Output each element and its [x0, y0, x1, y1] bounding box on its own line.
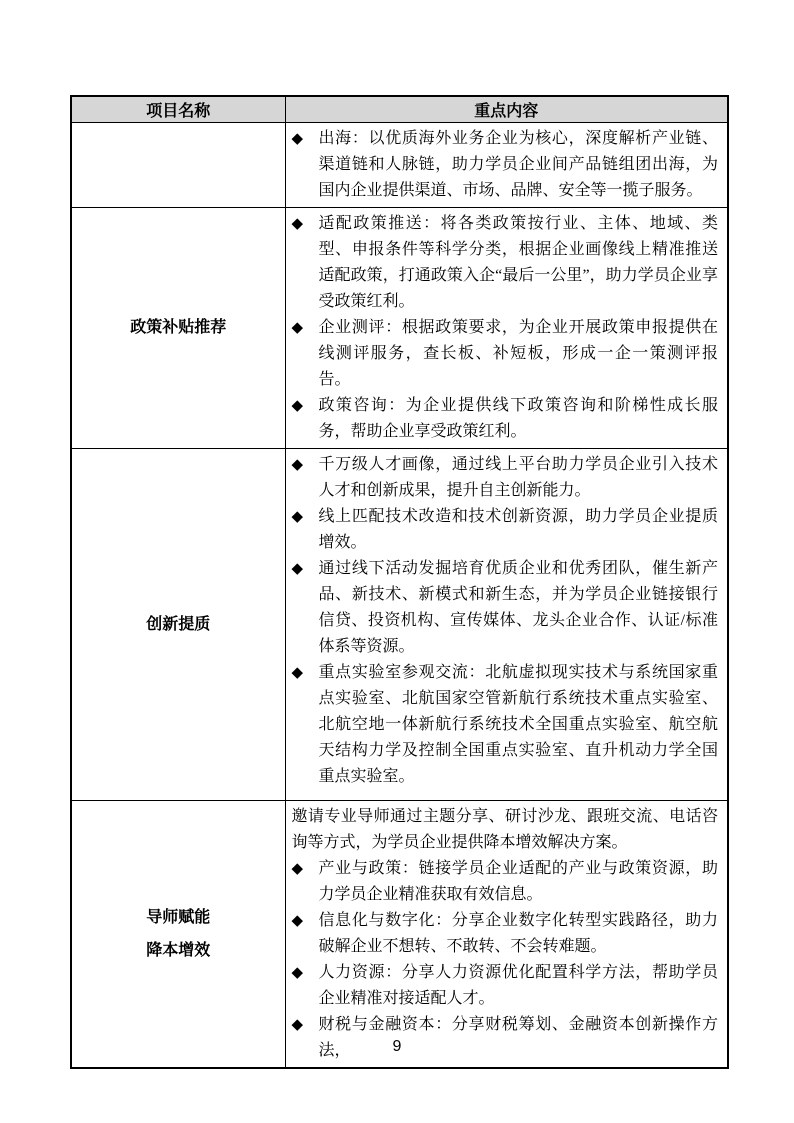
bullet-item: ◆信息化与数字化：分享企业数字化转型实践路径，助力破解企业不想转、不敢转、不会转… — [292, 908, 719, 960]
diamond-bullet-icon: ◆ — [292, 452, 319, 504]
key-content-cell: ◆适配政策推送：将各类政策按行业、主体、地域、类型、申报条件等科学分类，根据企业… — [285, 207, 728, 448]
bullet-item: ◆企业测评：根据政策要求，为企业开展政策申报提供在线测评服务，查长板、补短板，形… — [292, 315, 719, 393]
bullet-item: ◆人力资源：分享人力资源优化配置科学方法，帮助学员企业精准对接适配人才。 — [292, 960, 719, 1012]
project-name-cell — [71, 122, 285, 207]
diamond-bullet-icon: ◆ — [292, 126, 319, 204]
table-row: ◆出海：以优质海外业务企业为核心，深度解析产业链、渠道链和人脉链，助力学员企业间… — [71, 122, 728, 207]
bullet-text: 出海：以优质海外业务企业为核心，深度解析产业链、渠道链和人脉链，助力学员企业间产… — [319, 126, 719, 204]
bullet-item: ◆线上匹配技术改造和技术创新资源，助力学员企业提质增效。 — [292, 504, 719, 556]
project-name-line: 政策补贴推荐 — [76, 311, 281, 344]
table-row: 创新提质◆千万级人才画像，通过线上平台助力学员企业引入技术人才和创新成果，提升自… — [71, 448, 728, 800]
diamond-bullet-icon: ◆ — [292, 504, 319, 556]
table-row: 导师赋能降本增效邀请专业导师通过主题分享、研讨沙龙、跟班交流、电话咨询等方式，为… — [71, 800, 728, 1068]
key-content-cell: ◆出海：以优质海外业务企业为核心，深度解析产业链、渠道链和人脉链，助力学员企业间… — [285, 122, 728, 207]
project-name-cell: 创新提质 — [71, 448, 285, 800]
bullet-item: ◆适配政策推送：将各类政策按行业、主体、地域、类型、申报条件等科学分类，根据企业… — [292, 211, 719, 315]
project-name-line: 降本增效 — [76, 934, 281, 967]
project-name-line: 导师赋能 — [76, 901, 281, 934]
program-table: 项目名称 重点内容 ◆出海：以优质海外业务企业为核心，深度解析产业链、渠道链和人… — [70, 95, 729, 1069]
bullet-text: 产业与政策：链接学员企业适配的产业与政策资源，助力学员企业精准获取有效信息。 — [319, 856, 719, 908]
diamond-bullet-icon: ◆ — [292, 660, 319, 790]
bullet-text: 适配政策推送：将各类政策按行业、主体、地域、类型、申报条件等科学分类，根据企业画… — [319, 211, 719, 315]
diamond-bullet-icon: ◆ — [292, 211, 319, 315]
bullet-text: 人力资源：分享人力资源优化配置科学方法，帮助学员企业精准对接适配人才。 — [319, 960, 719, 1012]
diamond-bullet-icon: ◆ — [292, 856, 319, 908]
key-content-cell: 邀请专业导师通过主题分享、研讨沙龙、跟班交流、电话咨询等方式，为学员企业提供降本… — [285, 800, 728, 1068]
page-number: 9 — [0, 1038, 794, 1056]
bullet-text: 重点实验室参观交流：北航虚拟现实技术与系统国家重点实验室、北航国家空管新航行系统… — [319, 660, 719, 790]
project-name-line: 创新提质 — [76, 608, 281, 641]
project-name-cell: 导师赋能降本增效 — [71, 800, 285, 1068]
column-header-key-content: 重点内容 — [285, 96, 728, 122]
bullet-item: ◆政策咨询：为企业提供线下政策咨询和阶梯性成长服务，帮助企业享受政策红利。 — [292, 393, 719, 445]
bullet-item: ◆出海：以优质海外业务企业为核心，深度解析产业链、渠道链和人脉链，助力学员企业间… — [292, 126, 719, 204]
bullet-item: ◆千万级人才画像，通过线上平台助力学员企业引入技术人才和创新成果，提升自主创新能… — [292, 452, 719, 504]
intro-paragraph: 邀请专业导师通过主题分享、研讨沙龙、跟班交流、电话咨询等方式，为学员企业提供降本… — [292, 804, 719, 856]
diamond-bullet-icon: ◆ — [292, 960, 319, 1012]
diamond-bullet-icon: ◆ — [292, 908, 319, 960]
table-row: 政策补贴推荐◆适配政策推送：将各类政策按行业、主体、地域、类型、申报条件等科学分… — [71, 207, 728, 448]
diamond-bullet-icon: ◆ — [292, 393, 319, 445]
document-page: 项目名称 重点内容 ◆出海：以优质海外业务企业为核心，深度解析产业链、渠道链和人… — [0, 0, 794, 1123]
bullet-item: ◆重点实验室参观交流：北航虚拟现实技术与系统国家重点实验室、北航国家空管新航行系… — [292, 660, 719, 790]
bullet-text: 千万级人才画像，通过线上平台助力学员企业引入技术人才和创新成果，提升自主创新能力… — [319, 452, 719, 504]
table-header-row: 项目名称 重点内容 — [71, 96, 728, 122]
bullet-text: 政策咨询：为企业提供线下政策咨询和阶梯性成长服务，帮助企业享受政策红利。 — [319, 393, 719, 445]
bullet-text: 企业测评：根据政策要求，为企业开展政策申报提供在线测评服务，查长板、补短板，形成… — [319, 315, 719, 393]
diamond-bullet-icon: ◆ — [292, 315, 319, 393]
table-body: ◆出海：以优质海外业务企业为核心，深度解析产业链、渠道链和人脉链，助力学员企业间… — [71, 122, 728, 1068]
key-content-cell: ◆千万级人才画像，通过线上平台助力学员企业引入技术人才和创新成果，提升自主创新能… — [285, 448, 728, 800]
diamond-bullet-icon: ◆ — [292, 556, 319, 660]
project-name-cell: 政策补贴推荐 — [71, 207, 285, 448]
bullet-text: 通过线下活动发掘培育优质企业和优秀团队，催生新产品、新技术、新模式和新生态，并为… — [319, 556, 719, 660]
bullet-item: ◆通过线下活动发掘培育优质企业和优秀团队，催生新产品、新技术、新模式和新生态，并… — [292, 556, 719, 660]
bullet-text: 信息化与数字化：分享企业数字化转型实践路径，助力破解企业不想转、不敢转、不会转难… — [319, 908, 719, 960]
bullet-text: 线上匹配技术改造和技术创新资源，助力学员企业提质增效。 — [319, 504, 719, 556]
bullet-item: ◆产业与政策：链接学员企业适配的产业与政策资源，助力学员企业精准获取有效信息。 — [292, 856, 719, 908]
column-header-project-name: 项目名称 — [71, 96, 285, 122]
